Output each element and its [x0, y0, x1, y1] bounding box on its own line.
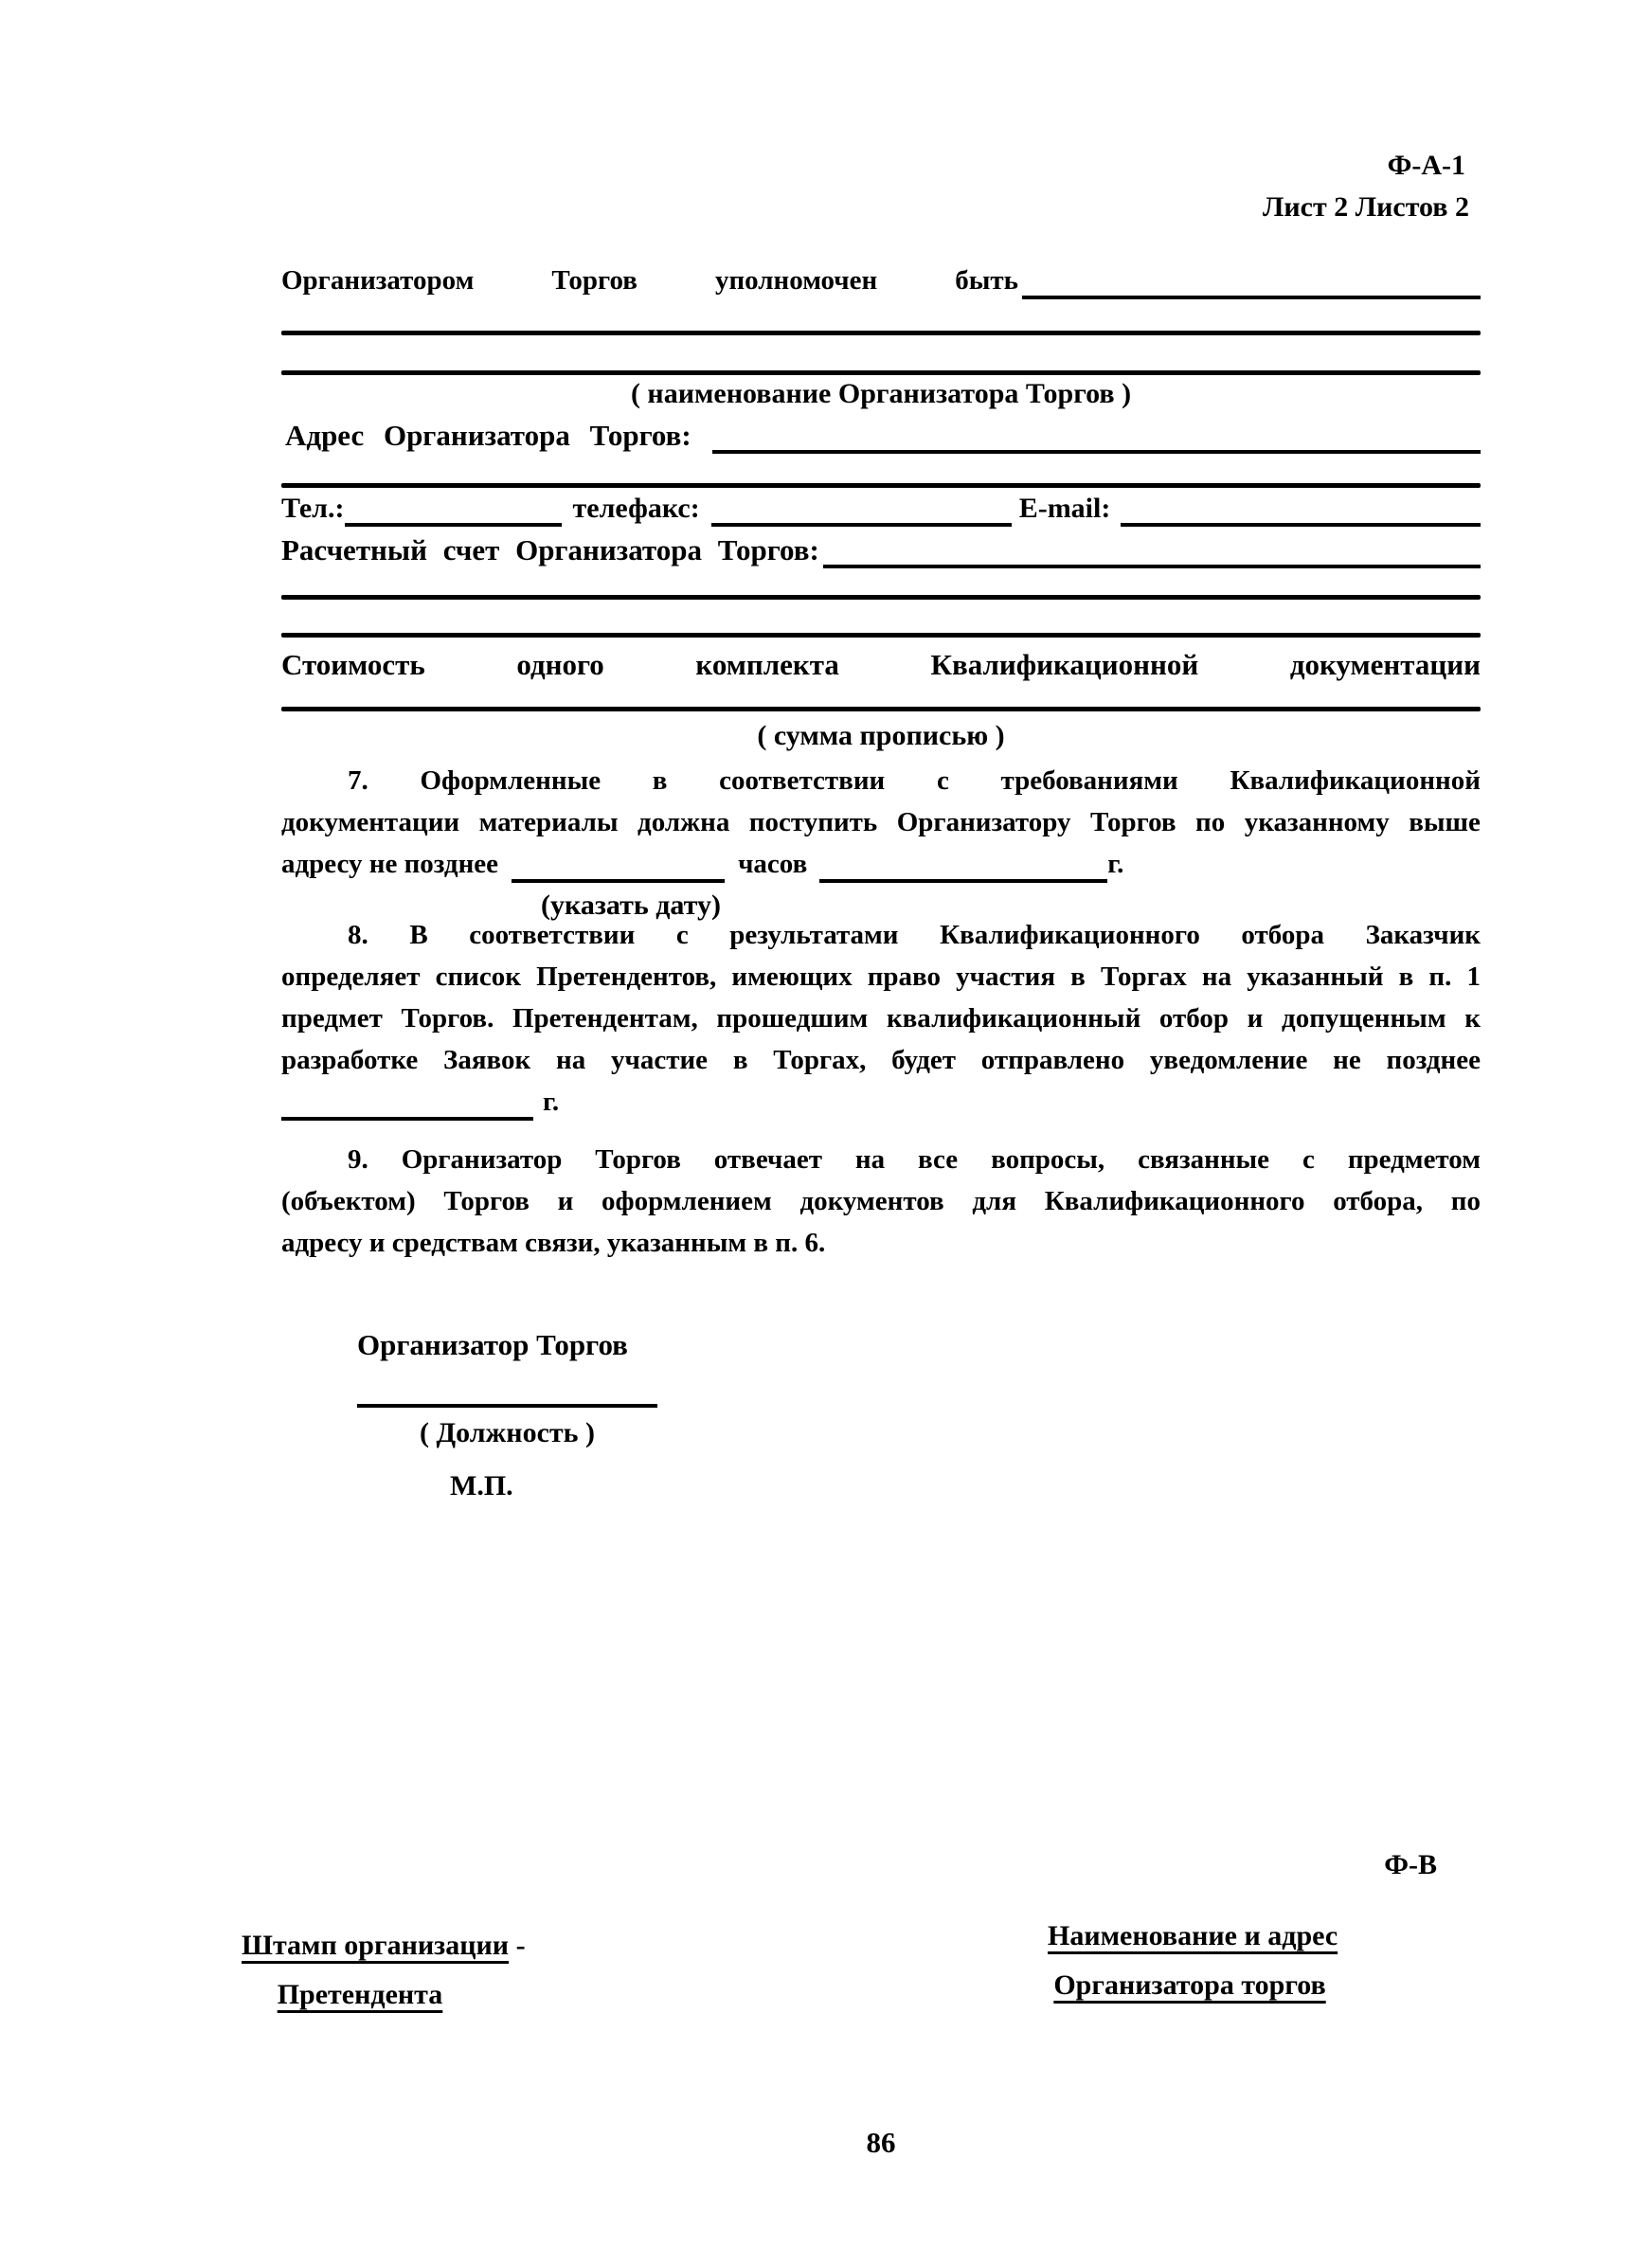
word: предметом	[1348, 1141, 1481, 1178]
word: документов	[799, 1182, 943, 1220]
word: указанный	[1247, 958, 1383, 996]
clause-8-line-4: разработкеЗаявокнаучастиевТоргах,будетот…	[281, 1037, 1481, 1079]
word: поступить	[749, 803, 877, 841]
word: с	[676, 916, 689, 954]
email-blank	[1121, 493, 1481, 527]
word: Торгов	[551, 261, 637, 299]
word: квалификационный	[887, 999, 1140, 1037]
organizer-intro-text: ОрганизаторомТорговуполномоченбыть	[281, 263, 1018, 299]
word: предмет	[281, 999, 383, 1037]
year-blank	[819, 849, 1107, 883]
seal-mark: М.П.	[450, 1470, 657, 1502]
word: разработке	[281, 1041, 418, 1079]
signature-title: Организатор Торгов	[357, 1328, 657, 1362]
word: на	[1202, 958, 1231, 996]
word: 7.	[348, 762, 368, 800]
word: комплекта	[695, 646, 838, 684]
word: отбора,	[1333, 1182, 1423, 1220]
bidder-stamp-line-1: Штамп организации -	[242, 1921, 478, 1970]
clause-8-line-1: 8.ВсоответствиисрезультатамиКвалификацио…	[281, 912, 1481, 954]
word: (объектом)	[281, 1182, 416, 1220]
position-caption: ( Должность )	[357, 1417, 657, 1449]
word: по	[1195, 803, 1225, 841]
bidder-stamp-line-1-text: Штамп организации	[242, 1930, 509, 1961]
clause-9-line-2: (объектом)Торговиоформлениемдокументовдл…	[281, 1178, 1481, 1220]
word: Торгов	[443, 1182, 530, 1220]
word: Торгов	[595, 1141, 681, 1178]
clause-7-line-1: 7.ОформленныевсоответствиистребованиямиК…	[281, 758, 1481, 800]
word: материалы	[479, 803, 619, 841]
footer-form-code: Ф-В	[281, 1849, 1481, 1881]
date-blank	[512, 849, 725, 883]
word: в	[1070, 958, 1086, 996]
word: Претендентов,	[536, 958, 716, 996]
word: Организатор	[402, 1141, 563, 1178]
scanned-form-page: Ф-А-1 Лист 2 Листов 2 ОрганизаторомТорго…	[0, 0, 1652, 2265]
word: право	[868, 958, 941, 996]
word: допущенным	[1282, 999, 1446, 1037]
blank-rule	[281, 483, 1481, 488]
fax-blank	[711, 493, 1012, 527]
word: по	[1451, 1182, 1481, 1220]
word: указанному	[1245, 803, 1390, 841]
word: отправлено	[981, 1041, 1124, 1079]
word: Организатором	[281, 261, 474, 299]
bidder-stamp-block: Штамп организации - Претендента	[242, 1921, 478, 2020]
contacts-row: Тел.: телефакс: E-mail:	[281, 491, 1481, 527]
email-label: E-mail:	[1019, 491, 1111, 527]
signature-blank	[357, 1404, 657, 1408]
word: одного	[516, 646, 603, 684]
address-row: Адрес Организатора Торгов:	[281, 418, 1481, 454]
organizer-intro-row: ОрганизаторомТорговуполномоченбыть	[281, 263, 1481, 299]
word: все	[918, 1141, 958, 1178]
word: Квалификационного	[1045, 1182, 1305, 1220]
sheet-counter: Лист 2 Листов 2	[281, 191, 1481, 224]
word: Организатору	[897, 803, 1071, 841]
sum-caption: ( сумма прописью )	[281, 720, 1481, 752]
word: в	[653, 762, 668, 800]
word: Торгов.	[402, 999, 494, 1037]
word: документации	[1290, 646, 1481, 684]
clause-8-line-5-suffix: г.	[543, 1083, 559, 1121]
blank-rule	[281, 370, 1481, 375]
blank-rule	[281, 633, 1481, 638]
blank-rule	[281, 331, 1481, 335]
clause-7: 7.ОформленныевсоответствиистребованиямиК…	[281, 758, 1481, 925]
word: В	[409, 916, 427, 954]
organizer-name-address-line-2: Организатора торгов	[1048, 1961, 1332, 2010]
word: и	[1248, 999, 1264, 1037]
word: и	[558, 1182, 574, 1220]
clause-7-line-3-suffix: г.	[1107, 845, 1123, 883]
word: Претендентам,	[512, 999, 698, 1037]
word: на	[855, 1141, 885, 1178]
word: уведомление	[1150, 1041, 1307, 1079]
word: не	[1333, 1041, 1361, 1079]
word: уполномочен	[715, 261, 877, 299]
tel-label: Тел.:	[281, 491, 345, 527]
word: Заказчик	[1366, 916, 1481, 954]
word: отбора	[1241, 916, 1324, 954]
bidder-stamp-dash: -	[509, 1930, 526, 1961]
word: с	[1302, 1141, 1315, 1178]
word: 1	[1466, 958, 1481, 996]
blank-rule	[281, 707, 1481, 711]
clause-7-line-2: документацииматериалыдолжнапоступитьОрга…	[281, 800, 1481, 841]
clause-7-line-3-pre: адресу не позднее	[281, 845, 498, 883]
form-code: Ф-А-1	[281, 150, 1481, 182]
address-label: Адрес Организатора Торгов:	[281, 418, 691, 454]
clause-8-line-3: предметТоргов.Претендентам,прошедшимквал…	[281, 996, 1481, 1037]
word: вопросы,	[991, 1141, 1104, 1178]
word: Торгах	[1101, 958, 1187, 996]
word: п.	[1428, 958, 1451, 996]
clause-9-line-3: адресу и средствам связи, указанным в п.…	[281, 1220, 1481, 1262]
clause-9-line-1: 9.ОрганизаторТорговотвечаетнавсевопросы,…	[281, 1137, 1481, 1178]
word: Квалификационной	[1230, 762, 1481, 800]
clause-8-line-2: определяетсписокПретендентов,имеющихправ…	[281, 954, 1481, 996]
word: отвечает	[714, 1141, 822, 1178]
clause-8: 8.ВсоответствиисрезультатамиКвалификацио…	[281, 912, 1481, 1121]
word: позднее	[1387, 1041, 1481, 1079]
word: участия	[956, 958, 1055, 996]
word: 9.	[348, 1141, 368, 1178]
word: будет	[891, 1041, 956, 1079]
clause-7-line-3-mid: часов	[738, 845, 807, 883]
word: связанные	[1138, 1141, 1269, 1178]
organizer-name-address-line-1: Наименование и адрес	[1048, 1912, 1332, 1961]
word: определяет	[281, 958, 420, 996]
notice-date-blank	[281, 1087, 533, 1121]
word: в	[733, 1041, 748, 1079]
cost-line: СтоимостьодногокомплектаКвалификационной…	[281, 642, 1481, 684]
word: участие	[611, 1041, 708, 1079]
fax-label: телефакс:	[573, 491, 700, 527]
word: прошедшим	[716, 999, 868, 1037]
word: с	[937, 762, 949, 800]
word: в	[1399, 958, 1414, 996]
word: список	[436, 958, 521, 996]
account-row: Расчетный счет Организатора Торгов:	[281, 532, 1481, 568]
address-blank	[712, 420, 1481, 454]
account-label: Расчетный счет Организатора Торгов:	[281, 532, 819, 568]
organizer-name-blank	[1022, 265, 1481, 299]
bidder-stamp-line-2: Претендента	[242, 1970, 478, 2020]
word: Квалификационной	[930, 646, 1198, 684]
word: Оформленные	[420, 762, 601, 800]
word: выше	[1409, 803, 1481, 841]
word: Торгах,	[773, 1041, 866, 1079]
clause-8-line-5: г.	[281, 1079, 1481, 1121]
word: для	[972, 1182, 1016, 1220]
account-blank	[823, 534, 1481, 568]
clause-7-line-3: адресу не позднее часов г.	[281, 841, 1481, 883]
blank-rule	[281, 595, 1481, 600]
word: отбор	[1159, 999, 1229, 1037]
signature-block: Организатор Торгов ( Должность ) М.П.	[357, 1328, 657, 1502]
word: Торгов	[1090, 803, 1176, 841]
word: соответствии	[469, 916, 635, 954]
word: требованиями	[1001, 762, 1178, 800]
tel-blank	[345, 493, 562, 527]
organizer-name-caption: ( наименование Организатора Торгов )	[281, 378, 1481, 410]
organizer-name-address-block: Наименование и адрес Организатора торгов	[1048, 1912, 1332, 2010]
word: быть	[955, 261, 1018, 299]
word: оформлением	[602, 1182, 772, 1220]
word: результатами	[729, 916, 898, 954]
word: к	[1464, 999, 1481, 1037]
word: документации	[281, 803, 459, 841]
page-number: 86	[281, 2126, 1481, 2160]
clause-9: 9.ОрганизаторТорговотвечаетнавсевопросы,…	[281, 1137, 1481, 1262]
word: 8.	[348, 916, 368, 954]
word: Квалификационного	[940, 916, 1200, 954]
word: должна	[637, 803, 729, 841]
word: на	[556, 1041, 585, 1079]
word: Стоимость	[281, 646, 425, 684]
word: соответствии	[719, 762, 885, 800]
word: имеющих	[731, 958, 852, 996]
word: Заявок	[443, 1041, 530, 1079]
